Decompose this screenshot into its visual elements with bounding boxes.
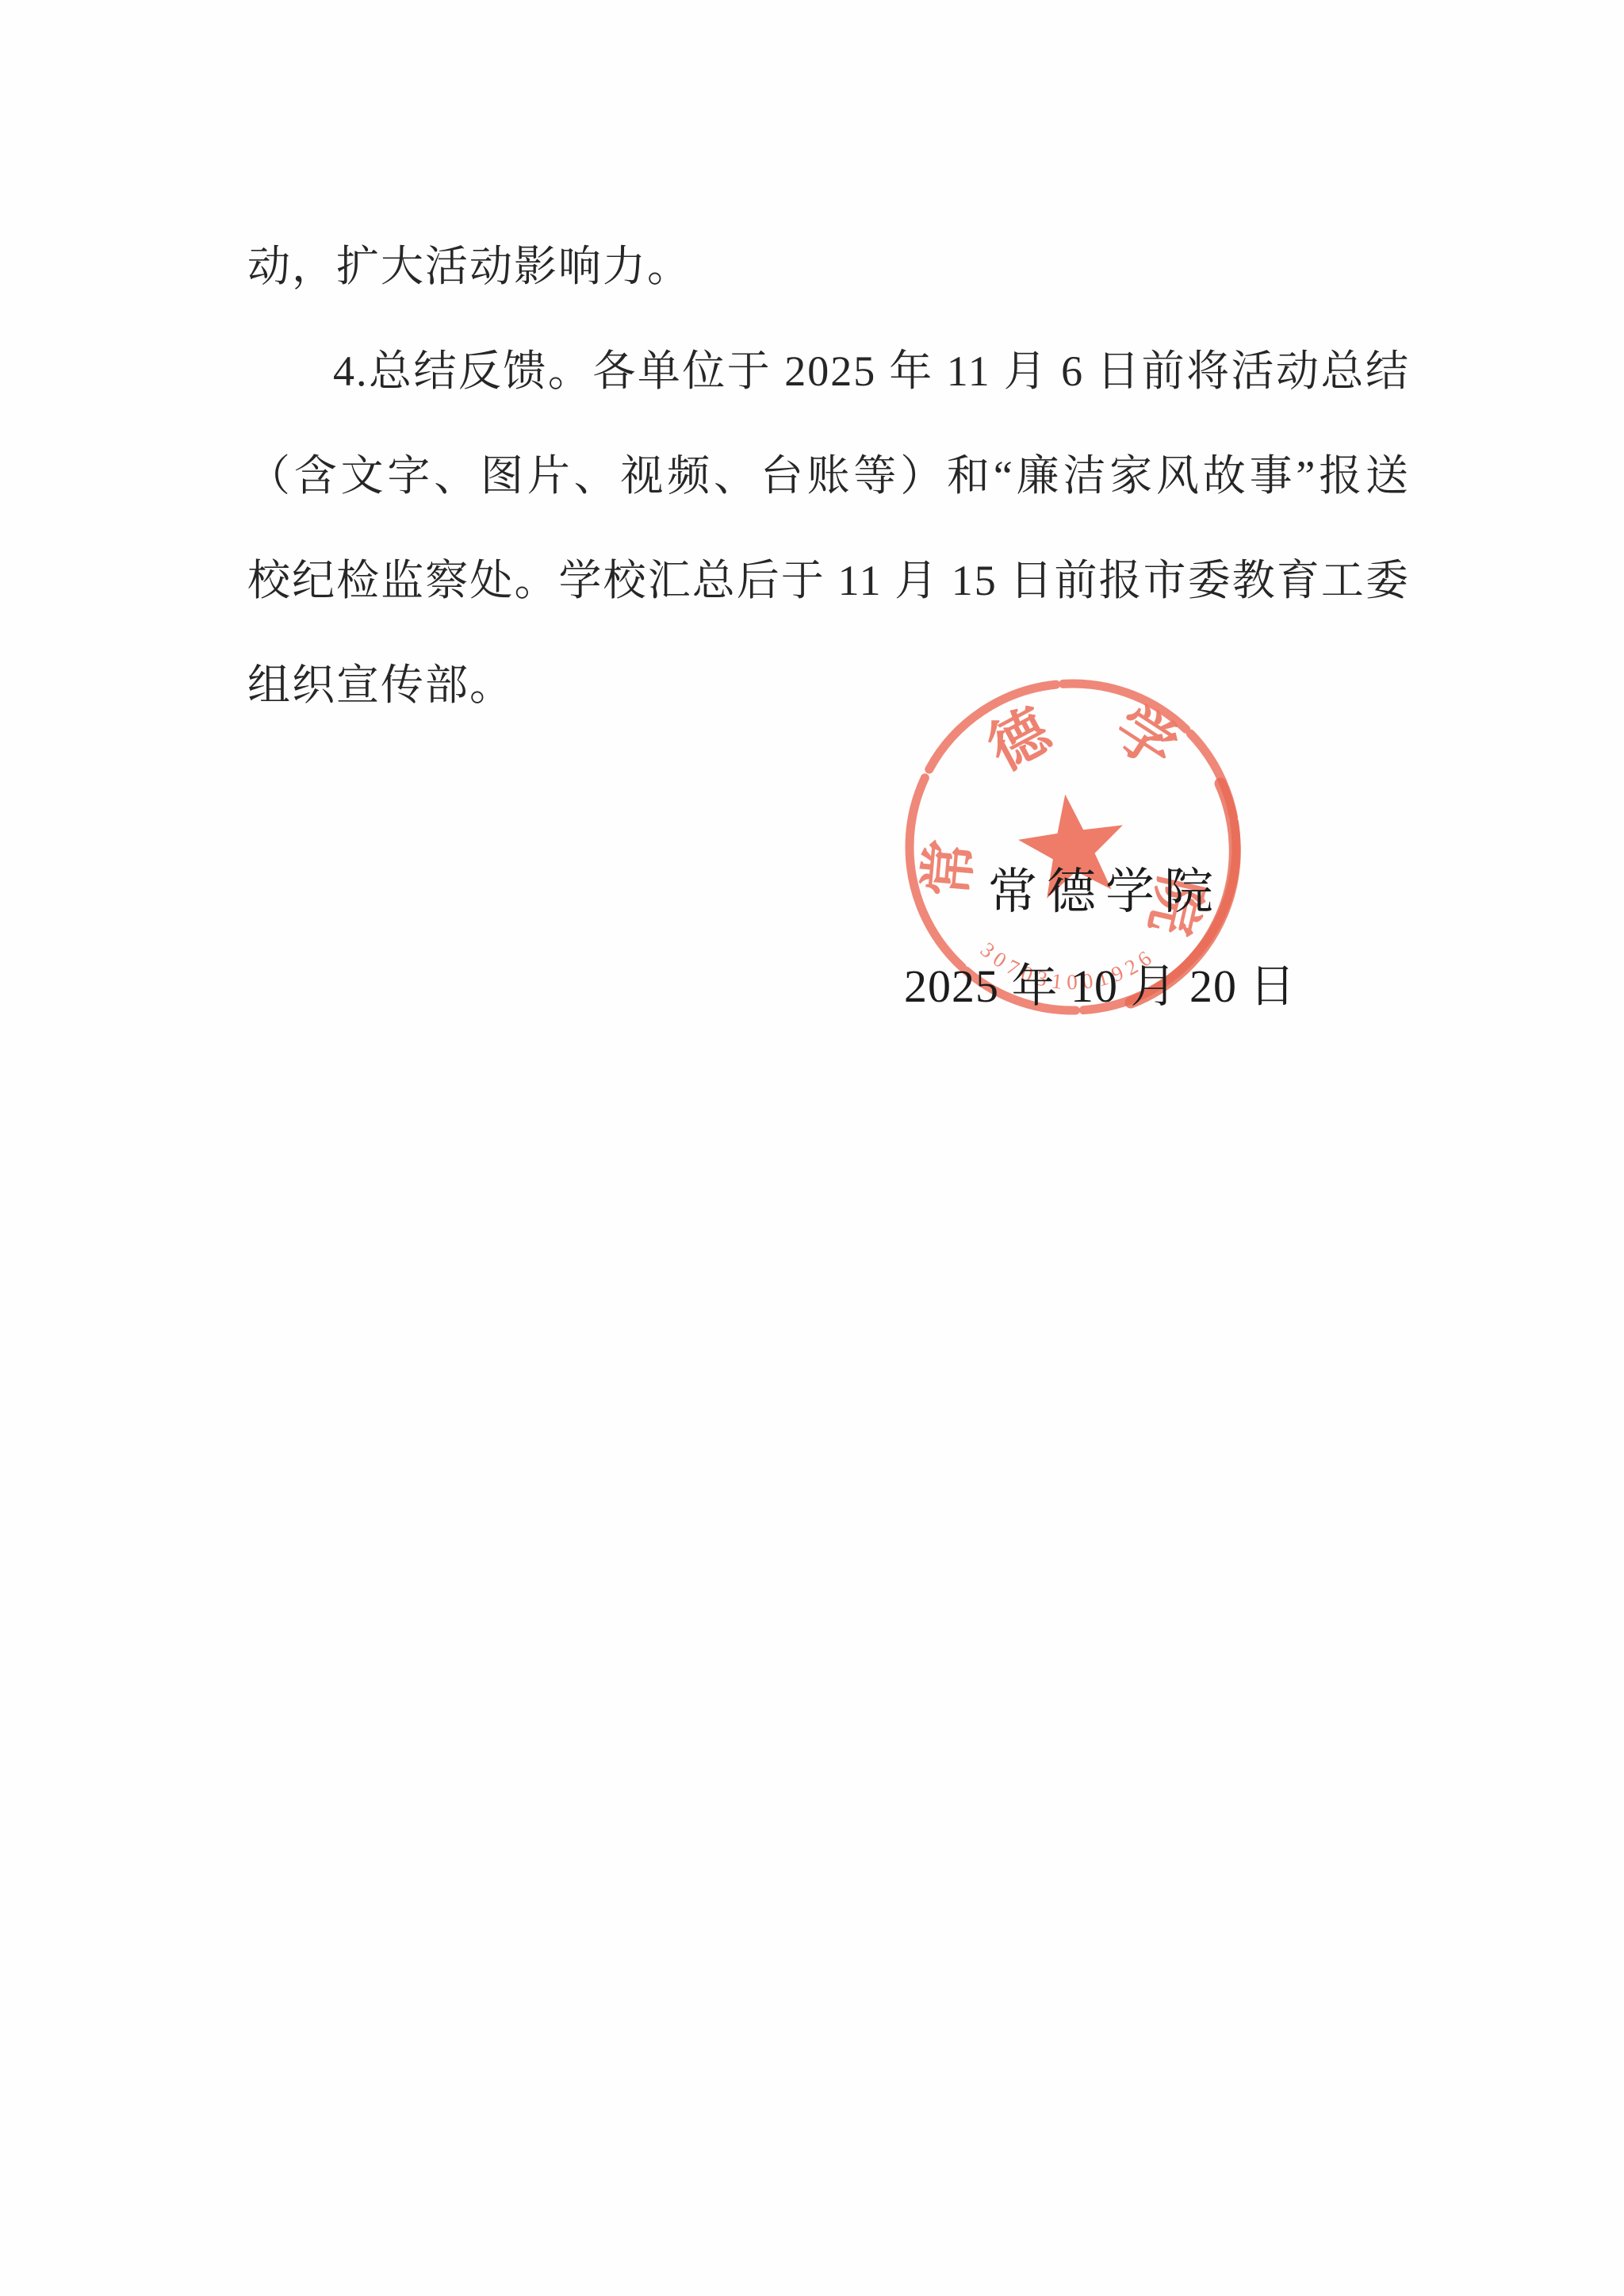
org-name: 常德学院: [988, 866, 1223, 918]
body-line-4: 校纪检监察处。学校汇总后于 11 月 15 日前报市委教育工委: [247, 552, 1410, 609]
seal-ring-char-3: 学: [1103, 695, 1188, 781]
page: 动，扩大活动影响力。 4.总结反馈。各单位于 2025 年 11 月 6 日前将…: [0, 0, 1624, 2296]
body-line-3: （含文字、图片、视频、台账等）和“廉洁家风故事”报送: [247, 447, 1410, 504]
body-line-1: 动，扩大活动影响力。: [247, 238, 1410, 295]
seal-ring-char-1: 常: [915, 838, 983, 900]
issue-date: 2025 年 10 月 20 日: [904, 961, 1297, 1012]
body-line-2: 4.总结反馈。各单位于 2025 年 11 月 6 日前将活动总结: [247, 343, 1410, 400]
